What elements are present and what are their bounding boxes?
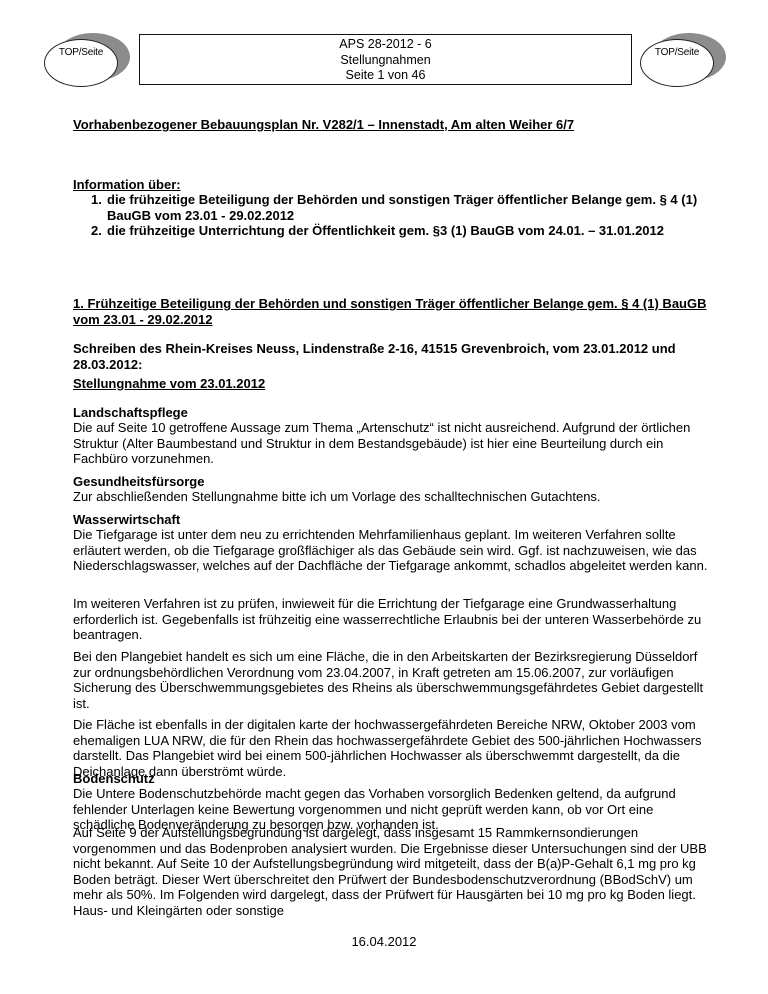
document-id: APS 28-2012 - 6 xyxy=(140,37,631,53)
top-seite-badge-left[interactable]: TOP/Seite xyxy=(42,33,132,89)
paragraph: Bei den Plangebiet handelt es sich um ei… xyxy=(73,649,713,711)
badge-label: TOP/Seite xyxy=(46,47,116,58)
section-heading: 1. Frühzeitige Beteiligung der Behörden … xyxy=(73,296,713,327)
page-number: Seite 1 von 46 xyxy=(140,68,631,84)
document-type: Stellungnahmen xyxy=(140,53,631,69)
list-item: 1. die frühzeitige Beteiligung der Behör… xyxy=(73,192,713,223)
info-list: 1. die frühzeitige Beteiligung der Behör… xyxy=(73,192,713,239)
info-heading: Information über: xyxy=(73,177,713,193)
list-item: 2. die frühzeitige Unterrichtung der Öff… xyxy=(73,223,713,239)
paragraph: Zur abschließenden Stellungnahme bitte i… xyxy=(73,489,713,505)
topic-heading-landschaftspflege: Landschaftspflege xyxy=(73,405,713,421)
topic-heading-wasserwirtschaft: Wasserwirtschaft xyxy=(73,512,713,528)
badge-label: TOP/Seite xyxy=(642,47,712,58)
top-seite-badge-right[interactable]: TOP/Seite xyxy=(638,33,728,89)
header-box: APS 28-2012 - 6 Stellungnahmen Seite 1 v… xyxy=(139,34,632,85)
paragraph: Die auf Seite 10 getroffene Aussage zum … xyxy=(73,420,713,467)
topic-heading-bodenschutz: Bodenschutz xyxy=(73,771,713,787)
paragraph: Auf Seite 9 der Aufstellungsbegründung i… xyxy=(73,825,713,918)
paragraph: Die Fläche ist ebenfalls in der digitale… xyxy=(73,717,713,779)
paragraph: Die Tiefgarage ist unter dem neu zu erri… xyxy=(73,527,713,574)
letter-reference: Schreiben des Rhein-Kreises Neuss, Linde… xyxy=(73,341,713,372)
paragraph: Im weiteren Verfahren ist zu prüfen, inw… xyxy=(73,596,713,643)
topic-heading-gesundheitsfuersorge: Gesundheitsfürsorge xyxy=(73,474,713,490)
footer-date: 16.04.2012 xyxy=(0,934,768,949)
statement-heading: Stellungnahme vom 23.01.2012 xyxy=(73,376,713,392)
page-title: Vorhabenbezogener Bebauungsplan Nr. V282… xyxy=(73,117,713,133)
